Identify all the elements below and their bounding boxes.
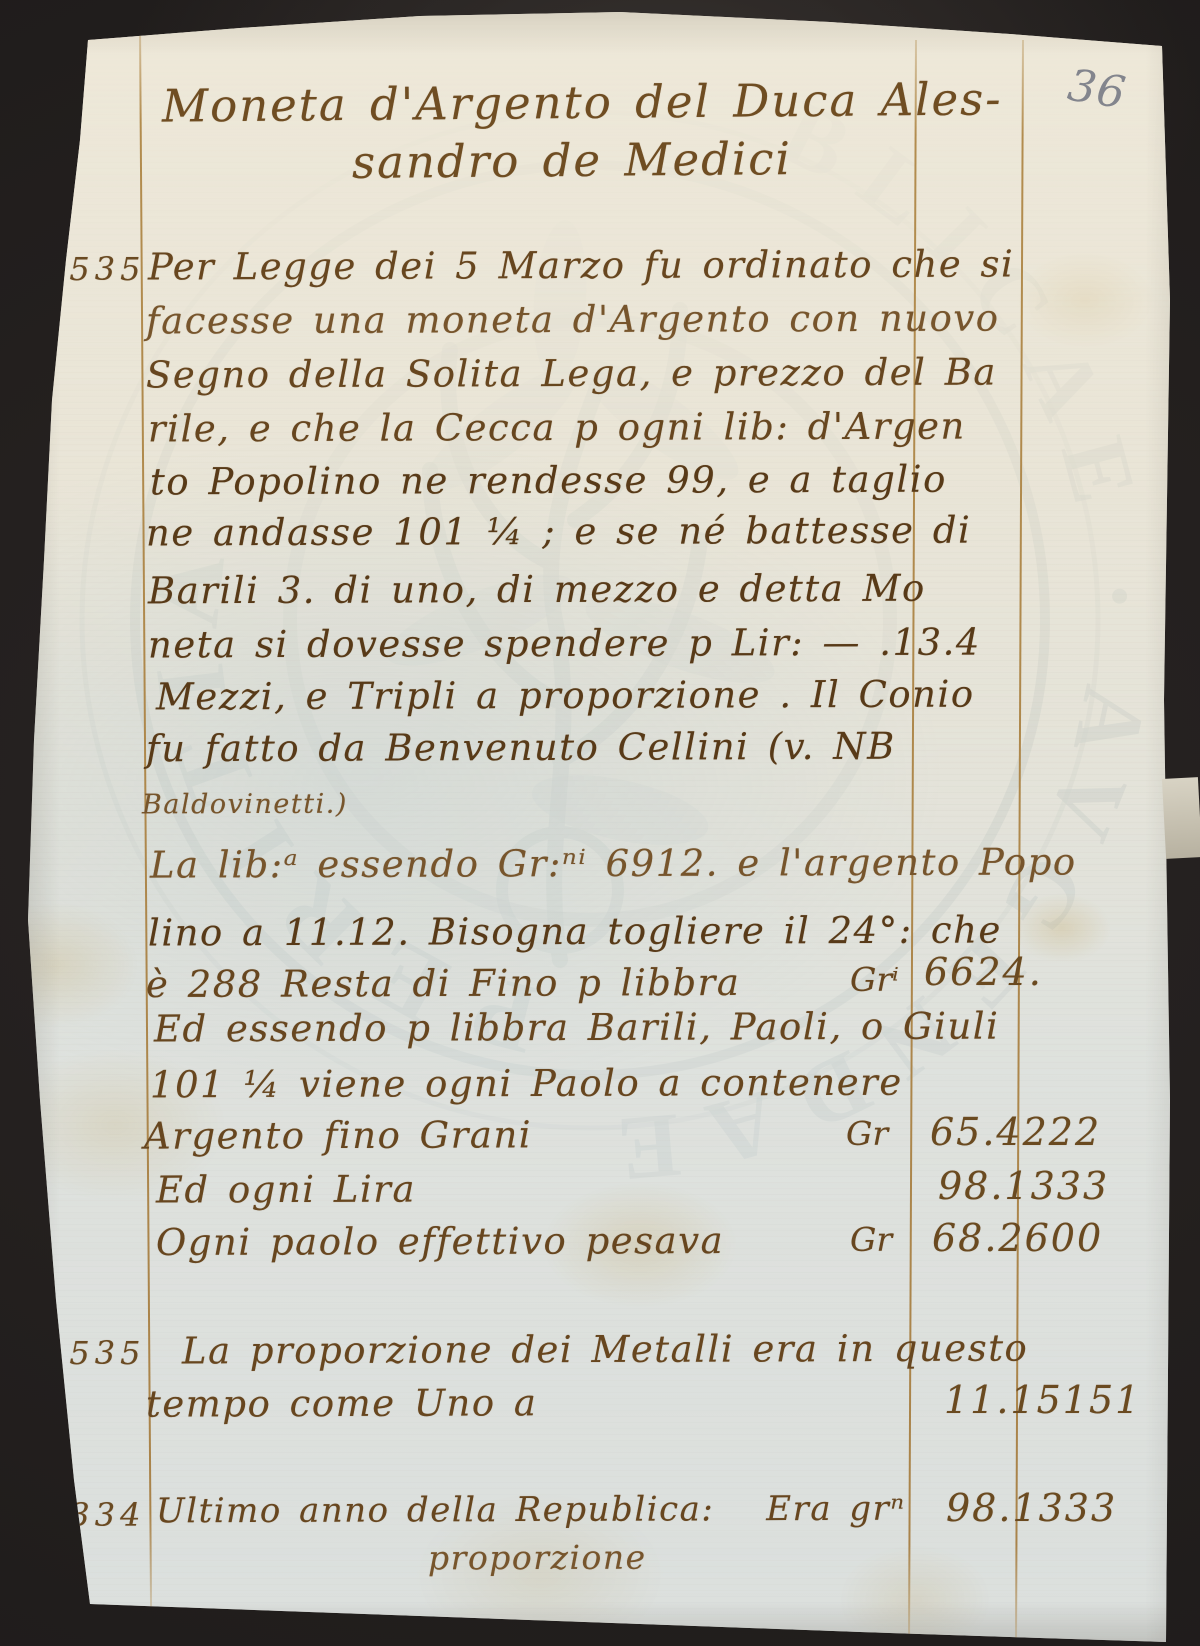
unit-grani: Grⁱ (850, 960, 899, 999)
manuscript-line: Segno della Solita Lega, e prezzo del Ba (146, 353, 997, 397)
amount-value: 11.15151 (944, 1378, 1141, 1422)
amount-value: 6624. (924, 950, 1043, 994)
manuscript-line: Ultimo anno della Republica: Era grⁿ (156, 1491, 906, 1531)
manuscript-line: fu fatto da Benvenuto Cellini (v. NB (146, 727, 896, 770)
margin-year-1535: 1535 (44, 250, 145, 288)
unit-grani: Gr (850, 1220, 892, 1259)
page-title-line-2: sandro de Medici (352, 132, 792, 189)
manuscript-line: to Popolino ne rendesse 99, e a taglio (150, 460, 947, 503)
manuscript-line: ne andasse 101 ¼ ; e se né battesse di (146, 511, 971, 555)
manuscript-line: neta si dovesse spendere p Lir: — .13.4 (148, 623, 981, 667)
amount-value: 68.2600 (932, 1216, 1103, 1260)
manuscript-line: Per Legge dei 5 Marzo fu ordinato che si (148, 244, 1014, 288)
unit-grani: Gr (846, 1114, 888, 1153)
folio-number: 36 (1064, 60, 1129, 119)
manuscript-line: Baldovinetti.) (142, 790, 348, 820)
manuscript-line: proporzione (428, 1540, 647, 1577)
manuscript-line: Ed ogni Lira (156, 1170, 416, 1212)
manuscript-line: Argento fino Grani (144, 1115, 532, 1157)
manuscript-line: 101 ¼ viene ogni Paolo a contenere (150, 1063, 903, 1106)
amount-value: 98.1333 (938, 1164, 1109, 1208)
manuscript-page: BLICAE · AVGENDAE PERITIA (0, 0, 1200, 1646)
page-title-line-1: Moneta d'Argento del Duca Ales- (162, 72, 1003, 132)
manuscript-line: Ogni paolo effettivo pesava (156, 1221, 724, 1264)
margin-year-1535-ratio: 1535 (44, 1334, 145, 1372)
manuscript-line: Ed essendo p libbra Barili, Paoli, o Giu… (154, 1007, 1000, 1051)
manuscript-line: tempo come Uno a (146, 1383, 538, 1425)
repair-tab (1162, 777, 1200, 859)
manuscript-photo: BLICAE · AVGENDAE PERITIA (0, 0, 1200, 1646)
manuscript-line: facesse una moneta d'Argento con nuovo (146, 299, 1000, 343)
manuscript-line: è 288 Resta di Fino p libbra (146, 963, 740, 1006)
manuscript-line: La lib:ᵃ essendo Gr:ⁿⁱ 6912. e l'argento… (150, 842, 1077, 886)
amount-value: 98.1333 (946, 1486, 1117, 1530)
manuscript-line: Barili 3. di uno, di mezzo e detta Mo (148, 569, 926, 612)
margin-year-1334: 1334 (44, 1496, 145, 1534)
manuscript-line: Mezzi, e Tripli a proporzione . Il Conio (156, 675, 975, 719)
manuscript-line: lino a 11.12. Bisogna togliere il 24°: c… (148, 911, 1002, 955)
manuscript-line: La proporzione dei Metalli era in questo (182, 1329, 1028, 1373)
amount-value: 65.4222 (930, 1110, 1101, 1154)
manuscript-line: rile, e che la Cecca p ogni lib: d'Argen (148, 407, 966, 451)
